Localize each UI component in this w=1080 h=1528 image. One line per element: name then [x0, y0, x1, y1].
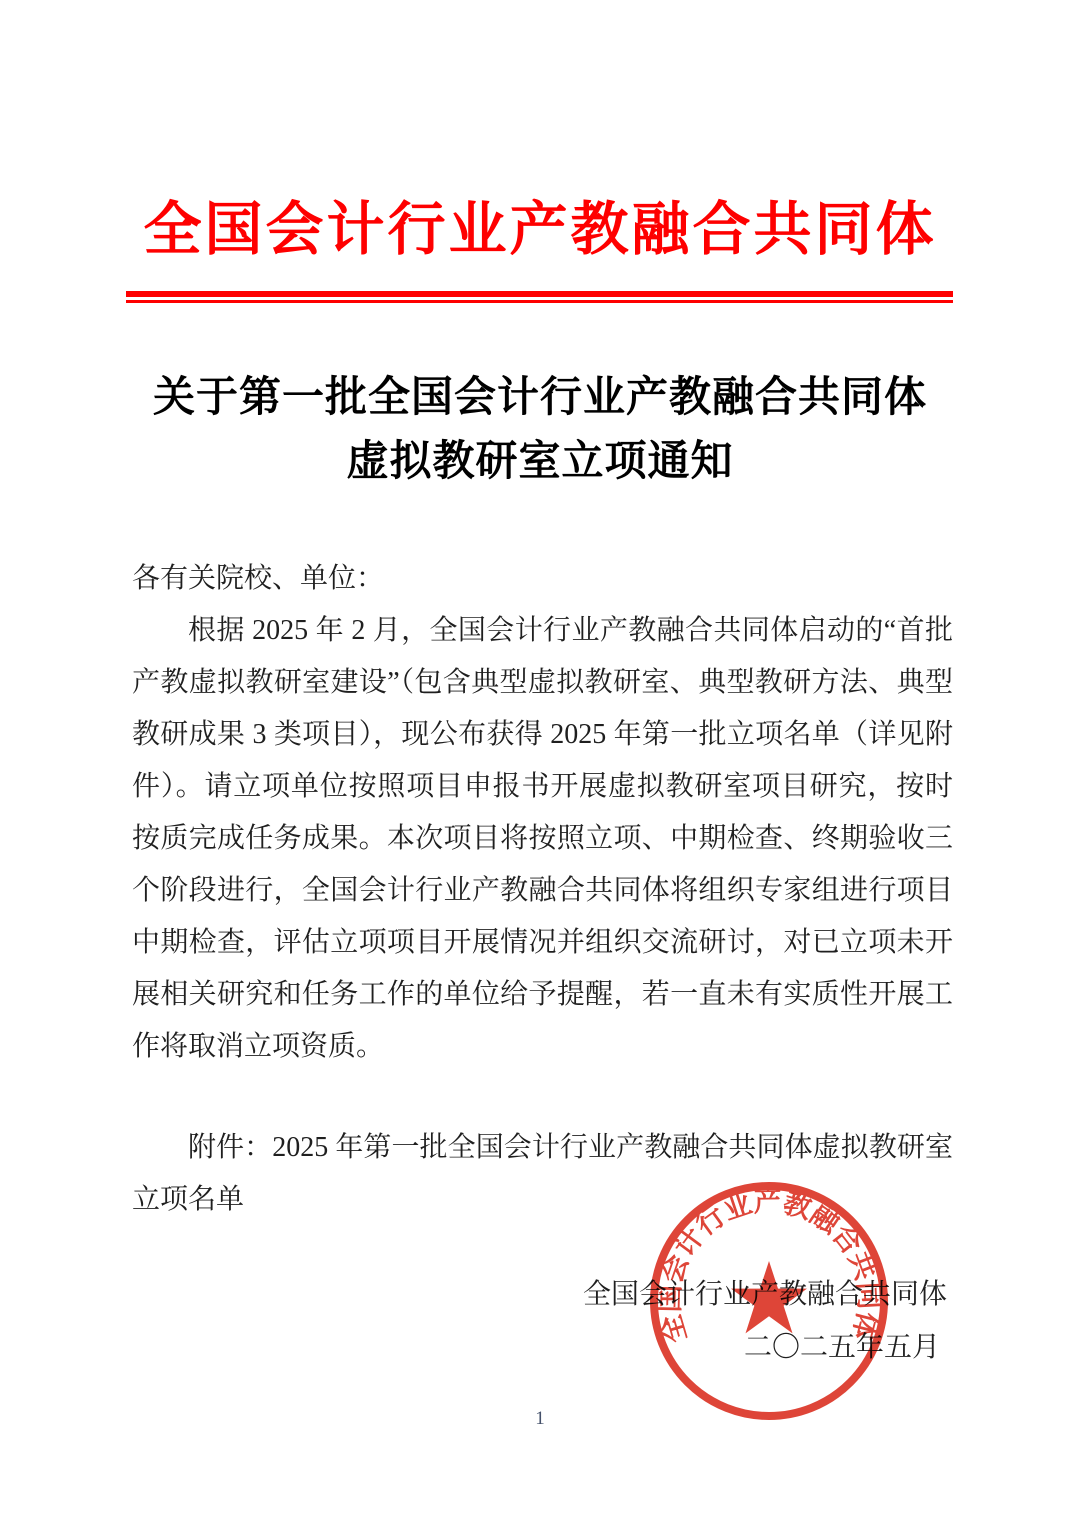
- body-paragraph: 根据 2025 年 2 月，全国会计行业产教融合共同体启动的“首批产教虚拟教研室…: [132, 605, 953, 1073]
- attachment-note: 附件：2025 年第一批全国会计行业产教融合共同体虚拟教研室立项名单: [132, 1122, 953, 1226]
- document-body: 各有关院校、单位： 根据 2025 年 2 月，全国会计行业产教融合共同体启动的…: [132, 553, 953, 1073]
- document-title-line1: 关于第一批全国会计行业产教融合共同体: [130, 366, 950, 430]
- signature-date: 二〇二五年五月: [132, 1322, 940, 1374]
- salutation: 各有关院校、单位：: [132, 553, 953, 605]
- signature-organization: 全国会计行业产教融合共同体: [132, 1269, 947, 1321]
- letterhead-title: 全国会计行业产教融合共同体: [0, 182, 1080, 266]
- document-page: 全国会计行业产教融合共同体 关于第一批全国会计行业产教融合共同体 虚拟教研室立项…: [0, 0, 1080, 1528]
- document-title-line2: 虚拟教研室立项通知: [130, 430, 950, 494]
- divider-thin-bar: [126, 300, 953, 303]
- document-title: 关于第一批全国会计行业产教融合共同体 虚拟教研室立项通知: [130, 366, 950, 494]
- red-divider-line: [126, 291, 953, 303]
- page-number: 1: [0, 1408, 1080, 1430]
